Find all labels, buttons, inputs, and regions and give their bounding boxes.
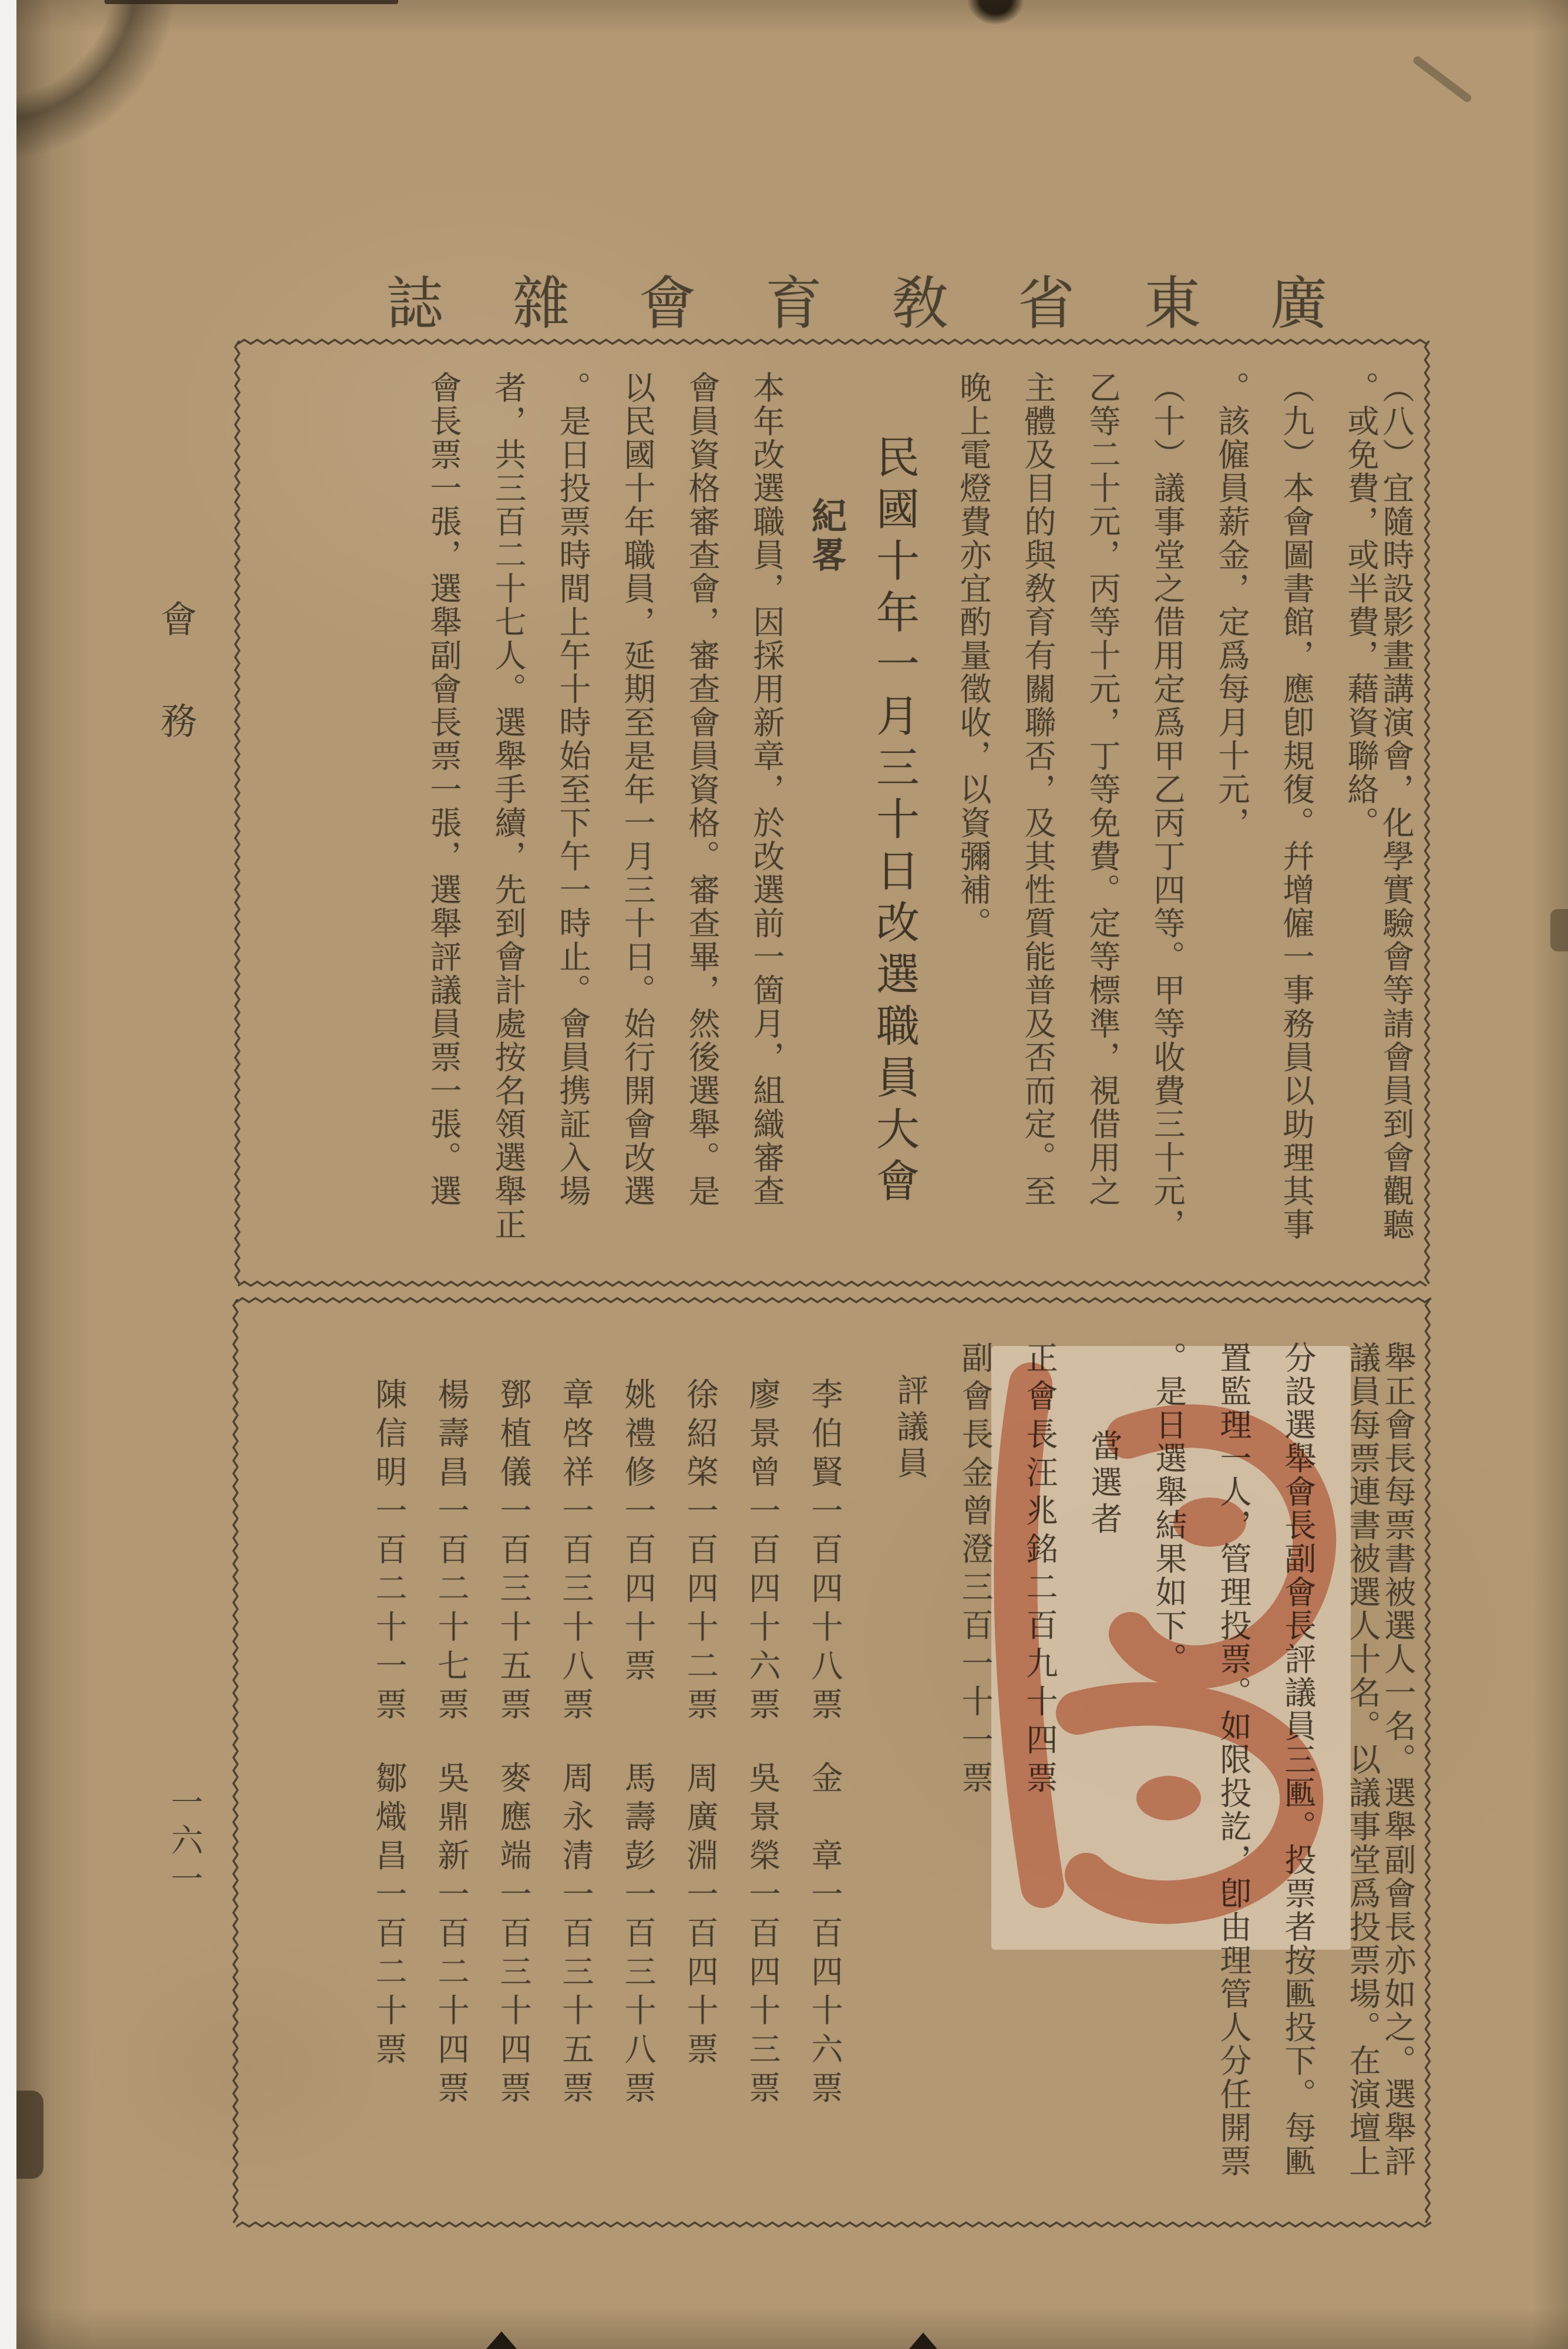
text-column: 會員資格審查會，審查會員資格。審查畢，然後選舉。是	[684, 371, 719, 1270]
text-column: 議員每票連書被選人十名。以議事堂爲投票場。在演壇上	[1345, 1341, 1380, 2210]
zigzag-border-top	[238, 338, 1431, 345]
vice-president-result: 副會長金曾澄三百一十一票	[957, 1341, 992, 2210]
text-column: 晚上電燈費亦宜酌量徵收，以資彌補。	[955, 371, 991, 1270]
zigzag-border-right	[1426, 1299, 1433, 2227]
text-column: 。該僱員薪金，定爲每月十元，	[1214, 371, 1249, 1270]
margin-section-label: 會 務	[149, 600, 201, 738]
text-column: 置監理一人，管理投票。如限投訖，卽由理管人分任開票	[1216, 1341, 1251, 2210]
text-column: 以民國十年職員，延期至是年一月三十日。始行開會改選	[620, 371, 655, 1270]
scan-artifact	[1412, 55, 1473, 103]
scan-artifact	[1550, 909, 1568, 951]
councilor-vote-column: 章啓祥一百三十八票 周永清一百三十五票	[558, 1341, 592, 2210]
councilor-vote: 廖景曾一百四十六票	[745, 1378, 780, 1727]
text-column: （十）議事堂之借用定爲甲乙丙丁四等。甲等收費三十元，	[1149, 371, 1185, 1270]
text-column: （九）本會圖書館，應卽規復。幷增僱一事務員以助理其事	[1278, 371, 1314, 1270]
scan-artifact	[16, 2091, 43, 2179]
section-label-char: 務	[149, 702, 201, 738]
councilor-vote: 楊壽昌一百二十七票	[433, 1378, 469, 1727]
text-column: 主體及目的與敎育有關聯否，及其性質能普及否而定。至	[1020, 371, 1055, 1270]
councilor-vote-column: 姚禮修一百四十票 馬壽彭一百三十八票	[620, 1341, 654, 2210]
councilor-vote-column: 楊壽昌一百二十七票 吳鼎新一百二十四票	[433, 1341, 467, 2210]
scan-artifact	[968, 0, 1024, 25]
councilor-vote: 徐紹棨一百四十二票	[682, 1378, 718, 1727]
councilor-vote: 李伯賢一百四十八票	[807, 1378, 842, 1727]
councilor-vote-column: 廖景曾一百四十六票 吳景榮一百四十三票	[745, 1341, 779, 2210]
scanned-page: 誌雜會育敎省東廣 （八）宜隨時設影畫講演會，化學實驗會等請會員到會觀聽 。或免費…	[0, 0, 1568, 2349]
councilor-vote-column: 李伯賢一百四十八票 金 章一百四十六票	[807, 1341, 841, 2210]
councilor-vote: 章啓祥一百三十八票	[558, 1378, 593, 1727]
zigzag-border-left	[235, 341, 243, 1286]
councilor-vote-column: 鄧植儀一百三十五票 麥應端一百三十四票	[496, 1341, 530, 2210]
councilor-vote: 姚禮修一百四十票	[620, 1378, 655, 1688]
text-column: （八）宜隨時設影畫講演會，化學實驗會等請會員到會觀聽	[1378, 371, 1414, 1270]
councilor-vote-column: 陳信明一百二十一票 鄒熾昌一百二十票	[371, 1341, 405, 2210]
scan-artifact	[486, 2331, 517, 2349]
scan-artifact	[909, 2333, 937, 2349]
councilors-label: 評議員	[893, 1341, 928, 2210]
bottom-text-box: 舉正會長每票書被選人一名。選舉副會長亦如之。選舉評 議員每票連書被選人十名。以議…	[236, 1299, 1432, 2227]
zigzag-border-top	[236, 1297, 1432, 1304]
text-column: 舉正會長每票書被選人一名。選舉副會長亦如之。選舉評	[1380, 1341, 1415, 2210]
councilor-vote: 金 章一百四十六票	[807, 1761, 842, 2110]
councilor-vote: 吳景榮一百四十三票	[745, 1761, 780, 2110]
article-title: 民國十年一月三十日改選職員大會	[869, 371, 919, 1270]
section-label-char: 會	[155, 600, 195, 637]
councilor-vote: 陳信明一百二十一票	[371, 1378, 406, 1727]
councilor-vote: 麥應端一百三十四票	[496, 1761, 531, 2110]
winners-label: 當選者	[1086, 1341, 1122, 2210]
top-text-box: （八）宜隨時設影畫講演會，化學實驗會等請會員到會觀聽 。或免費，或半費，藉資聯絡…	[238, 341, 1431, 1286]
zigzag-border-bottom	[238, 1280, 1431, 1287]
president-result: 正會長汪兆銘二百九十四票	[1022, 1341, 1057, 2210]
zigzag-border-left	[234, 1299, 241, 2227]
text-column: 分設選舉會長副會長評議員三匭。投票者按匭投下。每匭	[1280, 1341, 1315, 2210]
text-column: 。或免費，或半費，藉資聯絡。	[1343, 371, 1378, 1270]
councilor-vote: 鄧植儀一百三十五票	[496, 1378, 531, 1727]
councilor-vote: 吳鼎新一百二十四票	[433, 1761, 469, 2110]
councilor-vote: 周永清一百三十五票	[558, 1761, 593, 2110]
text-column: 乙等二十元，丙等十元，丁等免費。定等標準，視借用之	[1085, 371, 1120, 1270]
page-number: 一六一	[161, 1785, 207, 1900]
zigzag-border-bottom	[236, 2221, 1432, 2228]
paper-sheet: 誌雜會育敎省東廣 （八）宜隨時設影畫講演會，化學實驗會等請會員到會觀聽 。或免費…	[16, 0, 1568, 2349]
councilor-vote: 周廣淵一百四十票	[682, 1761, 718, 2071]
text-column: 會長票一張，選舉副會長票一張，選舉評議員票一張。選	[426, 371, 461, 1270]
councilor-vote: 鄒熾昌一百二十票	[371, 1761, 406, 2071]
article-subtitle: 紀畧	[809, 371, 844, 1270]
text-column: 。是日選舉結果如下。	[1151, 1341, 1186, 2210]
text-column: 者，共三百二十七人。選舉手續，先到會計處按名領選舉正	[490, 371, 526, 1270]
masthead-title: 誌雜會育敎省東廣	[386, 257, 1397, 328]
text-column: 本年改選職員，因採用新章，於改選前一箇月，組織審查	[749, 371, 784, 1270]
scan-artifact	[105, 0, 398, 4]
councilor-vote-column: 徐紹棨一百四十二票 周廣淵一百四十票	[682, 1341, 716, 2210]
councilor-vote: 馬壽彭一百三十八票	[620, 1761, 655, 2110]
text-column: 。是日投票時間上午十時始至下午一時止。會員携証入場	[555, 371, 590, 1270]
zigzag-border-right	[1425, 341, 1432, 1286]
